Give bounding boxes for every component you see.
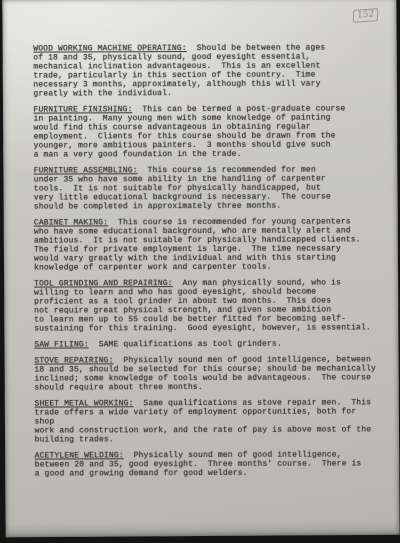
section-sheet-metal-working: SHEET METAL WORKING: Same qualifications… [34,398,380,444]
section-furniture-assembling: FURNITURE ASSEMBLING: This course is rec… [34,165,380,211]
section-heading: STOVE REPAIRING: [34,356,113,365]
section-wood-working-machine-operating: WOOD WORKING MACHINE OPERATING: Should b… [33,43,379,98]
section-heading: SHEET METAL WORKING: [34,399,133,408]
section-heading: ACETYLENE WELDING: [35,451,124,460]
section-heading: FURNITURE FINISHING: [33,105,132,114]
document-body: WOOD WORKING MACHINE OPERATING: Should b… [33,43,381,485]
section-text: SAME qualifications as tool grinders. [89,340,282,350]
section-tool-grinding-and-repairing: TOOL GRINDING AND REPAIRING: Any man phy… [34,278,380,333]
section-acetylene-welding: ACETYLENE WELDING: Physically sound men … [35,450,381,478]
section-stove-repairing: STOVE REPAIRING: Physically sound men of… [34,355,380,392]
section-cabinet-making: CABINET MAKING: This course is recommend… [34,217,380,272]
section-heading: SAW FILING: [34,340,88,349]
section-heading: CABINET MAKING: [34,218,108,227]
section-heading: FURNITURE ASSEMBLING: [34,166,138,175]
section-heading: TOOL GRINDING AND REPAIRING: [34,279,173,288]
section-saw-filing: SAW FILING: SAME qualifications as tool … [34,339,380,349]
scanned-document-photo: 152 WOOD WORKING MACHINE OPERATING: Shou… [0,0,400,543]
section-furniture-finishing: FURNITURE FINISHING: This can be termed … [33,104,379,159]
page-number-annotation: 152 [353,8,379,23]
